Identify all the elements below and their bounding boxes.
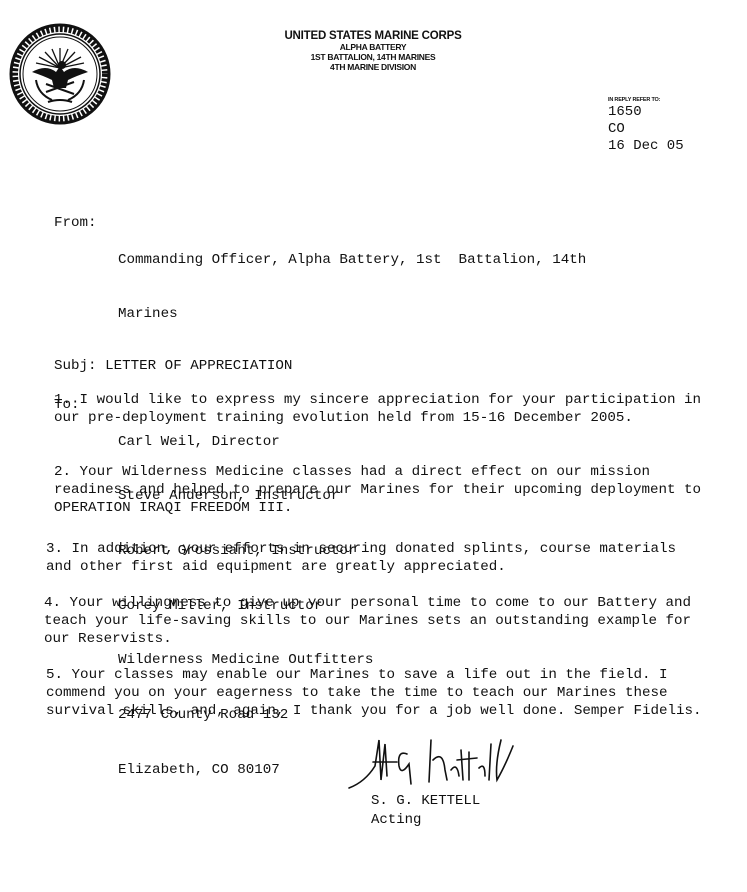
paragraph-1: 1. I would like to express my sincere ap… [54, 391, 714, 427]
recipient-line: Carl Weil, Director [118, 433, 373, 451]
reference-number: 1650 [608, 104, 684, 121]
letter-date: 16 Dec 05 [608, 138, 684, 155]
signer-name: S. G. KETTELL [371, 792, 480, 811]
from-line: From: Commanding Officer, Alpha Battery,… [54, 214, 586, 360]
letterhead: UNITED STATES MARINE CORPS ALPHA BATTERY… [248, 30, 498, 72]
battalion-name: 1ST BATTALION, 14TH MARINES [248, 52, 498, 62]
reference-block: IN REPLY REFER TO: 1650 CO 16 Dec 05 [608, 96, 684, 155]
reply-refer-label: IN REPLY REFER TO: [608, 96, 684, 104]
paragraph-3: 3. In addition, your efforts in securing… [46, 540, 706, 576]
recipient-line: Elizabeth, CO 80107 [118, 761, 373, 779]
from-label: From: [54, 214, 118, 360]
office-code: CO [608, 121, 684, 138]
paragraph-4: 4. Your willingness to give up your pers… [44, 594, 704, 649]
unit-name: ALPHA BATTERY [248, 42, 498, 52]
signature-block: S. G. KETTELL Acting [371, 792, 480, 830]
signer-title: Acting [371, 811, 480, 830]
paragraph-2: 2. Your Wilderness Medicine classes had … [54, 463, 714, 518]
from-text: Commanding Officer, Alpha Battery, 1st B… [118, 251, 586, 269]
paragraph-5: 5. Your classes may enable our Marines t… [46, 666, 706, 721]
division-name: 4TH MARINE DIVISION [248, 62, 498, 72]
subject-line: Subj: LETTER OF APPRECIATION [54, 357, 292, 375]
handwritten-signature-icon [345, 736, 575, 796]
from-text: Marines [118, 305, 586, 323]
organization-name: UNITED STATES MARINE CORPS [248, 30, 498, 42]
department-of-defense-seal-icon [8, 22, 112, 126]
